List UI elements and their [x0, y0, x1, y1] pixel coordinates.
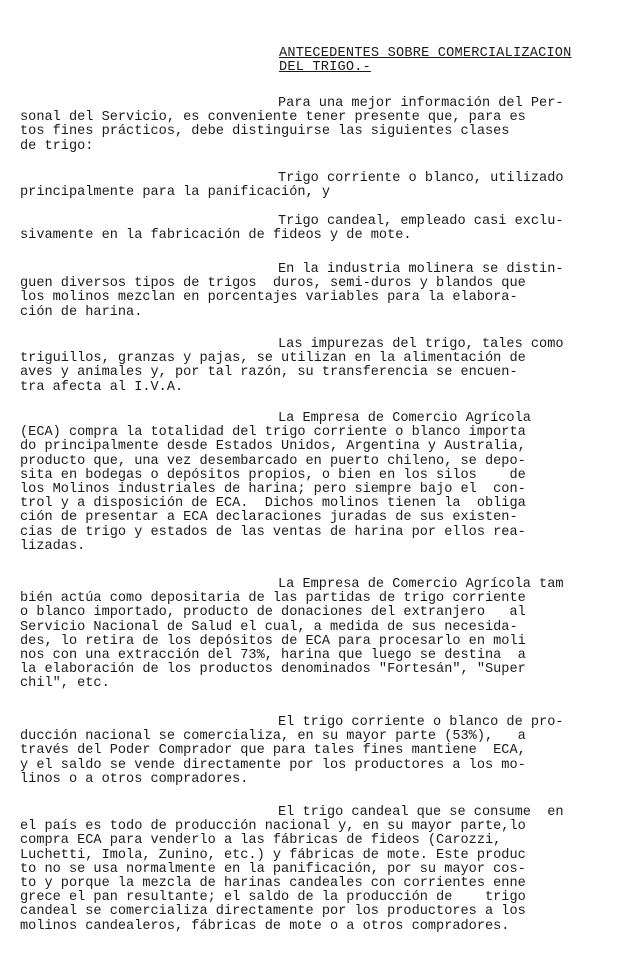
paragraph-line: tos fines prácticos, debe distinguirse l…: [20, 125, 605, 139]
paragraph-line: linos o a otros compradores.: [20, 773, 605, 787]
paragraph-line: do principalmente desde Estados Unidos, …: [20, 440, 605, 454]
paragraph-line: aves y animales y, por tal razón, su tra…: [20, 366, 605, 380]
paragraph-line: sivamente en la fabricación de fideos y …: [20, 229, 605, 243]
paragraph: La Empresa de Comercio Agrícola también …: [20, 578, 605, 692]
paragraph: El trigo corriente o blanco de pro-ducci…: [20, 716, 605, 787]
paragraph: Las impurezas del trigo, tales comotrigu…: [20, 338, 605, 395]
paragraph-line: La Empresa de Comercio Agrícola: [20, 412, 605, 426]
paragraph-line: compra ECA para venderlo a las fábricas …: [20, 834, 605, 848]
paragraph-line: Luchetti, Imola, Zunino, etc.) y fábrica…: [20, 849, 605, 863]
paragraph-line: ción de harina.: [20, 306, 605, 320]
paragraph: La Empresa de Comercio Agrícola(ECA) com…: [20, 412, 605, 554]
paragraph-line: En la industria molinera se distin-: [20, 263, 605, 277]
paragraph-line: ción de presentar a ECA declaraciones ju…: [20, 511, 605, 525]
paragraph-line: nos con una extracción del 73%, harina q…: [20, 649, 605, 663]
paragraph-line: Servicio Nacional de Salud el cual, a me…: [20, 621, 605, 635]
paragraph-line: sonal del Servicio, es conveniente tener…: [20, 111, 605, 125]
paragraph-line: trol y a disposición de ECA. Dichos moli…: [20, 497, 605, 511]
paragraph-line: través del Poder Comprador que para tale…: [20, 744, 605, 758]
title-line: DEL TRIGO.-: [279, 61, 619, 75]
paragraph-line: bién actúa como depositaria de las parti…: [20, 592, 605, 606]
paragraph: Para una mejor información del Per-sonal…: [20, 97, 605, 154]
paragraph-line: Trigo corriente o blanco, utilizado: [20, 172, 605, 186]
paragraph-line: guen diversos tipos de trigos duros, sem…: [20, 277, 605, 291]
paragraph: En la industria molinera se distin-guen …: [20, 263, 605, 320]
paragraph-line: tra afecta al I.V.A.: [20, 381, 605, 395]
paragraph-line: ducción nacional se comercializa, en su …: [20, 730, 605, 744]
paragraph-line: grece el pan resultante; el saldo de la …: [20, 891, 605, 905]
paragraph-line: candeal se comercializa directamente por…: [20, 905, 605, 919]
title-line: ANTECEDENTES SOBRE COMERCIALIZACION: [279, 47, 619, 61]
paragraph-line: La Empresa de Comercio Agrícola tam: [20, 578, 605, 592]
paragraph-line: producto que, una vez desembarcado en pu…: [20, 455, 605, 469]
paragraph-line: cias de trigo y estados de las ventas de…: [20, 526, 605, 540]
paragraph-line: (ECA) compra la totalidad del trigo corr…: [20, 426, 605, 440]
paragraph-line: Para una mejor información del Per-: [20, 97, 605, 111]
paragraph-line: El trigo corriente o blanco de pro-: [20, 716, 605, 730]
paragraph-line: los Molinos industriales de harina; pero…: [20, 483, 605, 497]
paragraph: El trigo candeal que se consume enel paí…: [20, 806, 605, 934]
paragraph-line: y el saldo se vende directamente por los…: [20, 759, 605, 773]
paragraph-line: des, lo retira de los depósitos de ECA p…: [20, 635, 605, 649]
paragraph: Trigo corriente o blanco, utilizadoprinc…: [20, 172, 605, 200]
paragraph-line: triguillos, granzas y pajas, se utilizan…: [20, 352, 605, 366]
paragraph-line: Trigo candeal, empleado casi exclu-: [20, 215, 605, 229]
paragraph-line: chil", etc.: [20, 677, 605, 691]
paragraph-line: o blanco importado, producto de donacion…: [20, 606, 605, 620]
paragraph-line: la elaboración de los productos denomina…: [20, 663, 605, 677]
paragraph-line: el país es todo de producción nacional y…: [20, 820, 605, 834]
paragraph-line: to no se usa normalmente en la panificac…: [20, 863, 605, 877]
paragraph-line: El trigo candeal que se consume en: [20, 806, 605, 820]
paragraph-line: to y porque la mezcla de harinas candeal…: [20, 877, 605, 891]
paragraph: Trigo candeal, empleado casi exclu-sivam…: [20, 215, 605, 243]
paragraph-line: los molinos mezclan en porcentajes varia…: [20, 291, 605, 305]
paragraph-line: lizadas.: [20, 540, 605, 554]
paragraph-line: de trigo:: [20, 140, 605, 154]
paragraph-line: Las impurezas del trigo, tales como: [20, 338, 605, 352]
document-page: ANTECEDENTES SOBRE COMERCIALIZACION DEL …: [0, 0, 630, 970]
paragraph-line: sita en bodegas o depósitos propios, o b…: [20, 469, 605, 483]
document-title: ANTECEDENTES SOBRE COMERCIALIZACION DEL …: [279, 47, 619, 75]
paragraph-line: molinos candealeros, fábricas de mote o …: [20, 920, 605, 934]
paragraph-line: principalmente para la panificación, y: [20, 186, 605, 200]
